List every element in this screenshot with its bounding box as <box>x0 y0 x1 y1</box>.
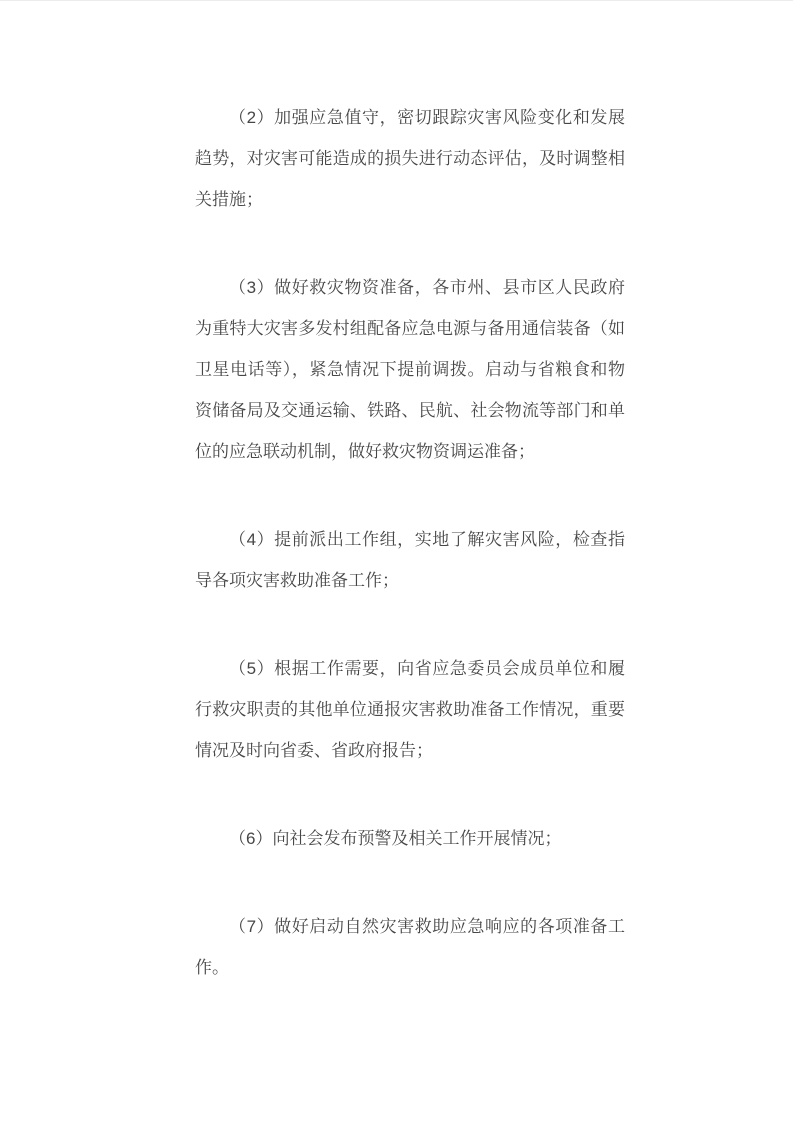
paragraph-item-2: （2）加强应急值守，密切跟踪灾害风险变化和发展趋势，对灾害可能造成的损失进行动态… <box>195 97 625 220</box>
paragraph-item-6: （6）向社会发布预警及相关工作开展情况； <box>195 818 625 859</box>
paragraph-item-4: （4）提前派出工作组，实地了解灾害风险，检查指导各项灾害救助准备工作； <box>195 519 625 601</box>
paragraph-item-3: （3）做好救灾物资准备，各市州、县市区人民政府为重特大灾害多发村组配备应急电源与… <box>195 267 625 472</box>
paragraph-item-7: （7）做好启动自然灾害救助应急响应的各项准备工作。 <box>195 906 625 988</box>
document-viewport: { "document": { "background_color": "#ff… <box>0 0 793 1122</box>
document-page: （2）加强应急值守，密切跟踪灾害风险变化和发展趋势，对灾害可能造成的损失进行动态… <box>0 1 793 1122</box>
paragraph-item-5: （5）根据工作需要，向省应急委员会成员单位和履行救灾职责的其他单位通报灾害救助准… <box>195 648 625 771</box>
document-body: （2）加强应急值守，密切跟踪灾害风险变化和发展趋势，对灾害可能造成的损失进行动态… <box>195 1 625 988</box>
